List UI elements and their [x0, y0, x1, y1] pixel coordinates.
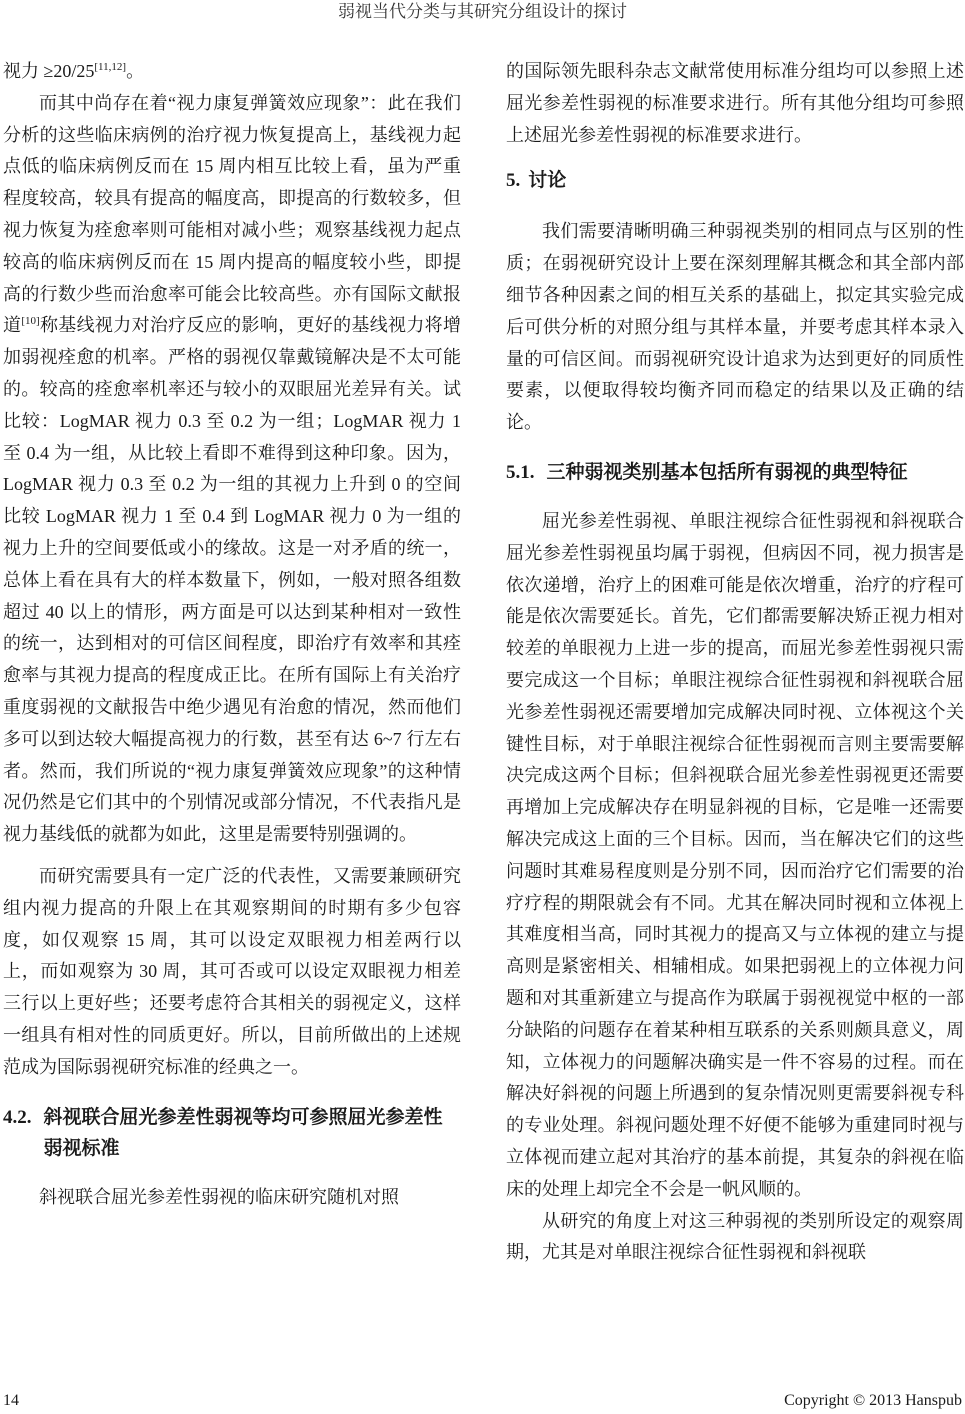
section-title: 斜视联合屈光参差性弱视等均可参照屈光参差性弱视标准: [44, 1102, 462, 1164]
citation: [11,12]: [94, 61, 126, 73]
right-column: 的国际领先眼科杂志文献常使用标准分组均可以参照上述屈光参差性弱视的标准要求进行。…: [506, 56, 964, 1269]
section-title: 三种弱视类别基本包括所有弱视的典型特征: [547, 457, 965, 488]
paragraph-text: 。: [126, 61, 144, 81]
section-title: 讨论: [528, 165, 964, 196]
citation: [10]: [21, 315, 39, 327]
paragraph: 从研究的角度上对这三种弱视的类别所设定的观察周期，尤其是对单眼注视综合征性弱视和…: [506, 1206, 964, 1270]
paragraph-text: 视力 ≥20/25: [3, 61, 94, 81]
paragraph-continuation: 视力 ≥20/25[11,12]。: [3, 56, 461, 88]
section-number: 5.1.: [506, 457, 547, 488]
section-heading-5-1: 5.1. 三种弱视类别基本包括所有弱视的典型特征: [506, 457, 964, 488]
section-heading-5: 5. 讨论: [506, 165, 964, 196]
paragraph: 斜视联合屈光参差性弱视的临床研究随机对照: [3, 1182, 461, 1214]
copyright-notice: Copyright © 2013 Hanspub: [784, 1391, 962, 1411]
section-number: 4.2.: [3, 1102, 44, 1164]
paragraph: 而其中尚存在着“视力康复弹簧效应现象”：此在我们分析的这些临床病例的治疗视力恢复…: [3, 88, 461, 851]
paragraph-text: 而其中尚存在着“视力康复弹簧效应现象”：此在我们分析的这些临床病例的治疗视力恢复…: [3, 93, 461, 336]
paragraph: 屈光参差性弱视、单眼注视综合征性弱视和斜视联合屈光参差性弱视虽均属于弱视，但病因…: [506, 506, 964, 1206]
left-column: 视力 ≥20/25[11,12]。 而其中尚存在着“视力康复弹簧效应现象”：此在…: [3, 56, 461, 1213]
paragraph: 我们需要清晰明确三种弱视类别的相同点与区别的性质；在弱视研究设计上要在深刻理解其…: [506, 216, 964, 439]
paragraph-continuation: 的国际领先眼科杂志文献常使用标准分组均可以参照上述屈光参差性弱视的标准要求进行。…: [506, 56, 964, 151]
paragraph: 而研究需要具有一定广泛的代表性，又需要兼顾研究组内视力提高的升限上在其观察期间的…: [3, 861, 461, 1084]
section-heading-4-2: 4.2. 斜视联合屈光参差性弱视等均可参照屈光参差性弱视标准: [3, 1102, 461, 1164]
paragraph-text: 称基线视力对治疗反应的影响，更好的基线视力将增加弱视痊愈的机率。严格的弱视仅靠戴…: [3, 315, 461, 844]
running-header: 弱视当代分类与其研究分组设计的探讨: [0, 0, 965, 24]
page-number: 14: [3, 1391, 19, 1411]
section-number: 5.: [506, 165, 528, 196]
